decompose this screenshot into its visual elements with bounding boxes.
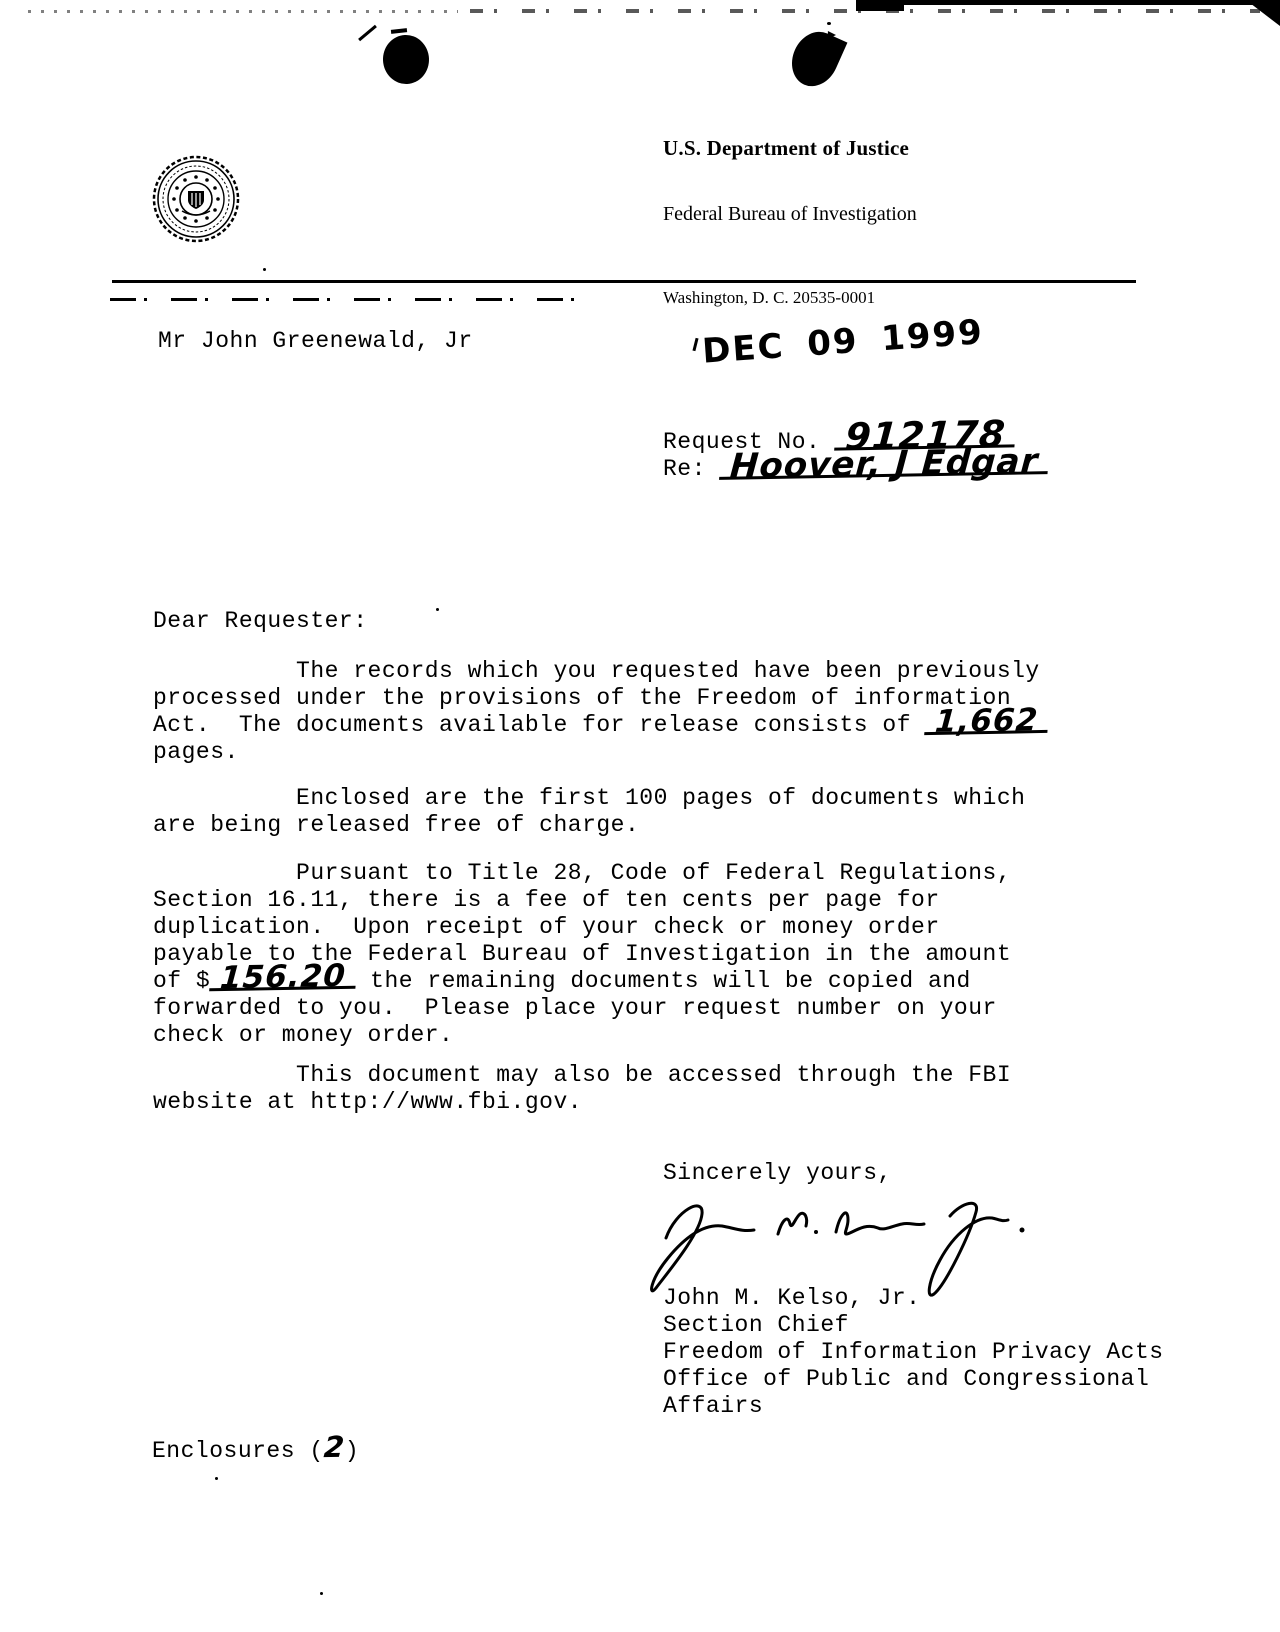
- enclosures-line: Enclosures (2): [152, 1438, 359, 1465]
- letterhead-rule-broken: [110, 298, 590, 301]
- date-received-stamp: DEC 09 1999: [701, 312, 985, 372]
- scanned-letter-page: U.S. Department of Justice Federal Burea…: [0, 0, 1280, 1632]
- enclosures-count-handwritten: 2: [323, 1439, 345, 1455]
- recipient-line: Mr John Greenewald, Jr: [158, 328, 473, 355]
- scan-artifact-bar-thin: [902, 0, 1280, 5]
- scan-artifact-bar-blob: [856, 0, 904, 11]
- enclosures-prefix: Enclosures (: [152, 1438, 324, 1464]
- stamp-tick-mark: [692, 338, 698, 351]
- paragraph-1-text-before: The records which you requested have bee…: [153, 658, 1040, 738]
- paragraph-4: This document may also be accessed throu…: [153, 1062, 1011, 1116]
- re-subject-value: Hoover, J Edgar: [719, 453, 1049, 480]
- scan-noise-strip-left: [28, 10, 458, 13]
- scan-tick-mark: [358, 25, 377, 41]
- re-subject-row: Re: Hoover, J Edgar: [663, 456, 1048, 483]
- fbi-seal-icon: [150, 153, 242, 245]
- paragraph-1-text-after: pages.: [153, 739, 239, 765]
- paragraph-2: Enclosed are the first 100 pages of docu…: [153, 785, 1025, 839]
- pages-count-handwritten: 1,662: [925, 712, 1050, 735]
- salutation: Dear Requester:: [153, 608, 368, 635]
- hole-punch-dot-right: [784, 24, 848, 93]
- fbi-seal: [150, 153, 242, 245]
- enclosures-suffix: ): [345, 1438, 359, 1464]
- scan-speck: [215, 1477, 218, 1480]
- letterhead-city-line: Washington, D. C. 20535-0001: [663, 288, 875, 308]
- letterhead-bureau: Federal Bureau of Investigation: [663, 203, 917, 226]
- letterhead-rule: [112, 280, 1136, 283]
- paragraph-1: The records which you requested have bee…: [153, 658, 1048, 766]
- fee-amount-handwritten: 156.20: [209, 968, 356, 992]
- paragraph-3: Pursuant to Title 28, Code of Federal Re…: [153, 860, 1011, 1049]
- letterhead-department: U.S. Department of Justice: [663, 136, 909, 161]
- scan-speck: [263, 268, 266, 271]
- scan-speck: [827, 22, 831, 25]
- scan-dash-mark: [391, 28, 407, 34]
- signer-block: John M. Kelso, Jr. Section Chief Freedom…: [663, 1285, 1164, 1420]
- scan-speck: [436, 608, 439, 611]
- scan-speck: [320, 1592, 323, 1595]
- hole-punch-dot-left: [382, 34, 431, 85]
- re-label: Re:: [663, 456, 720, 482]
